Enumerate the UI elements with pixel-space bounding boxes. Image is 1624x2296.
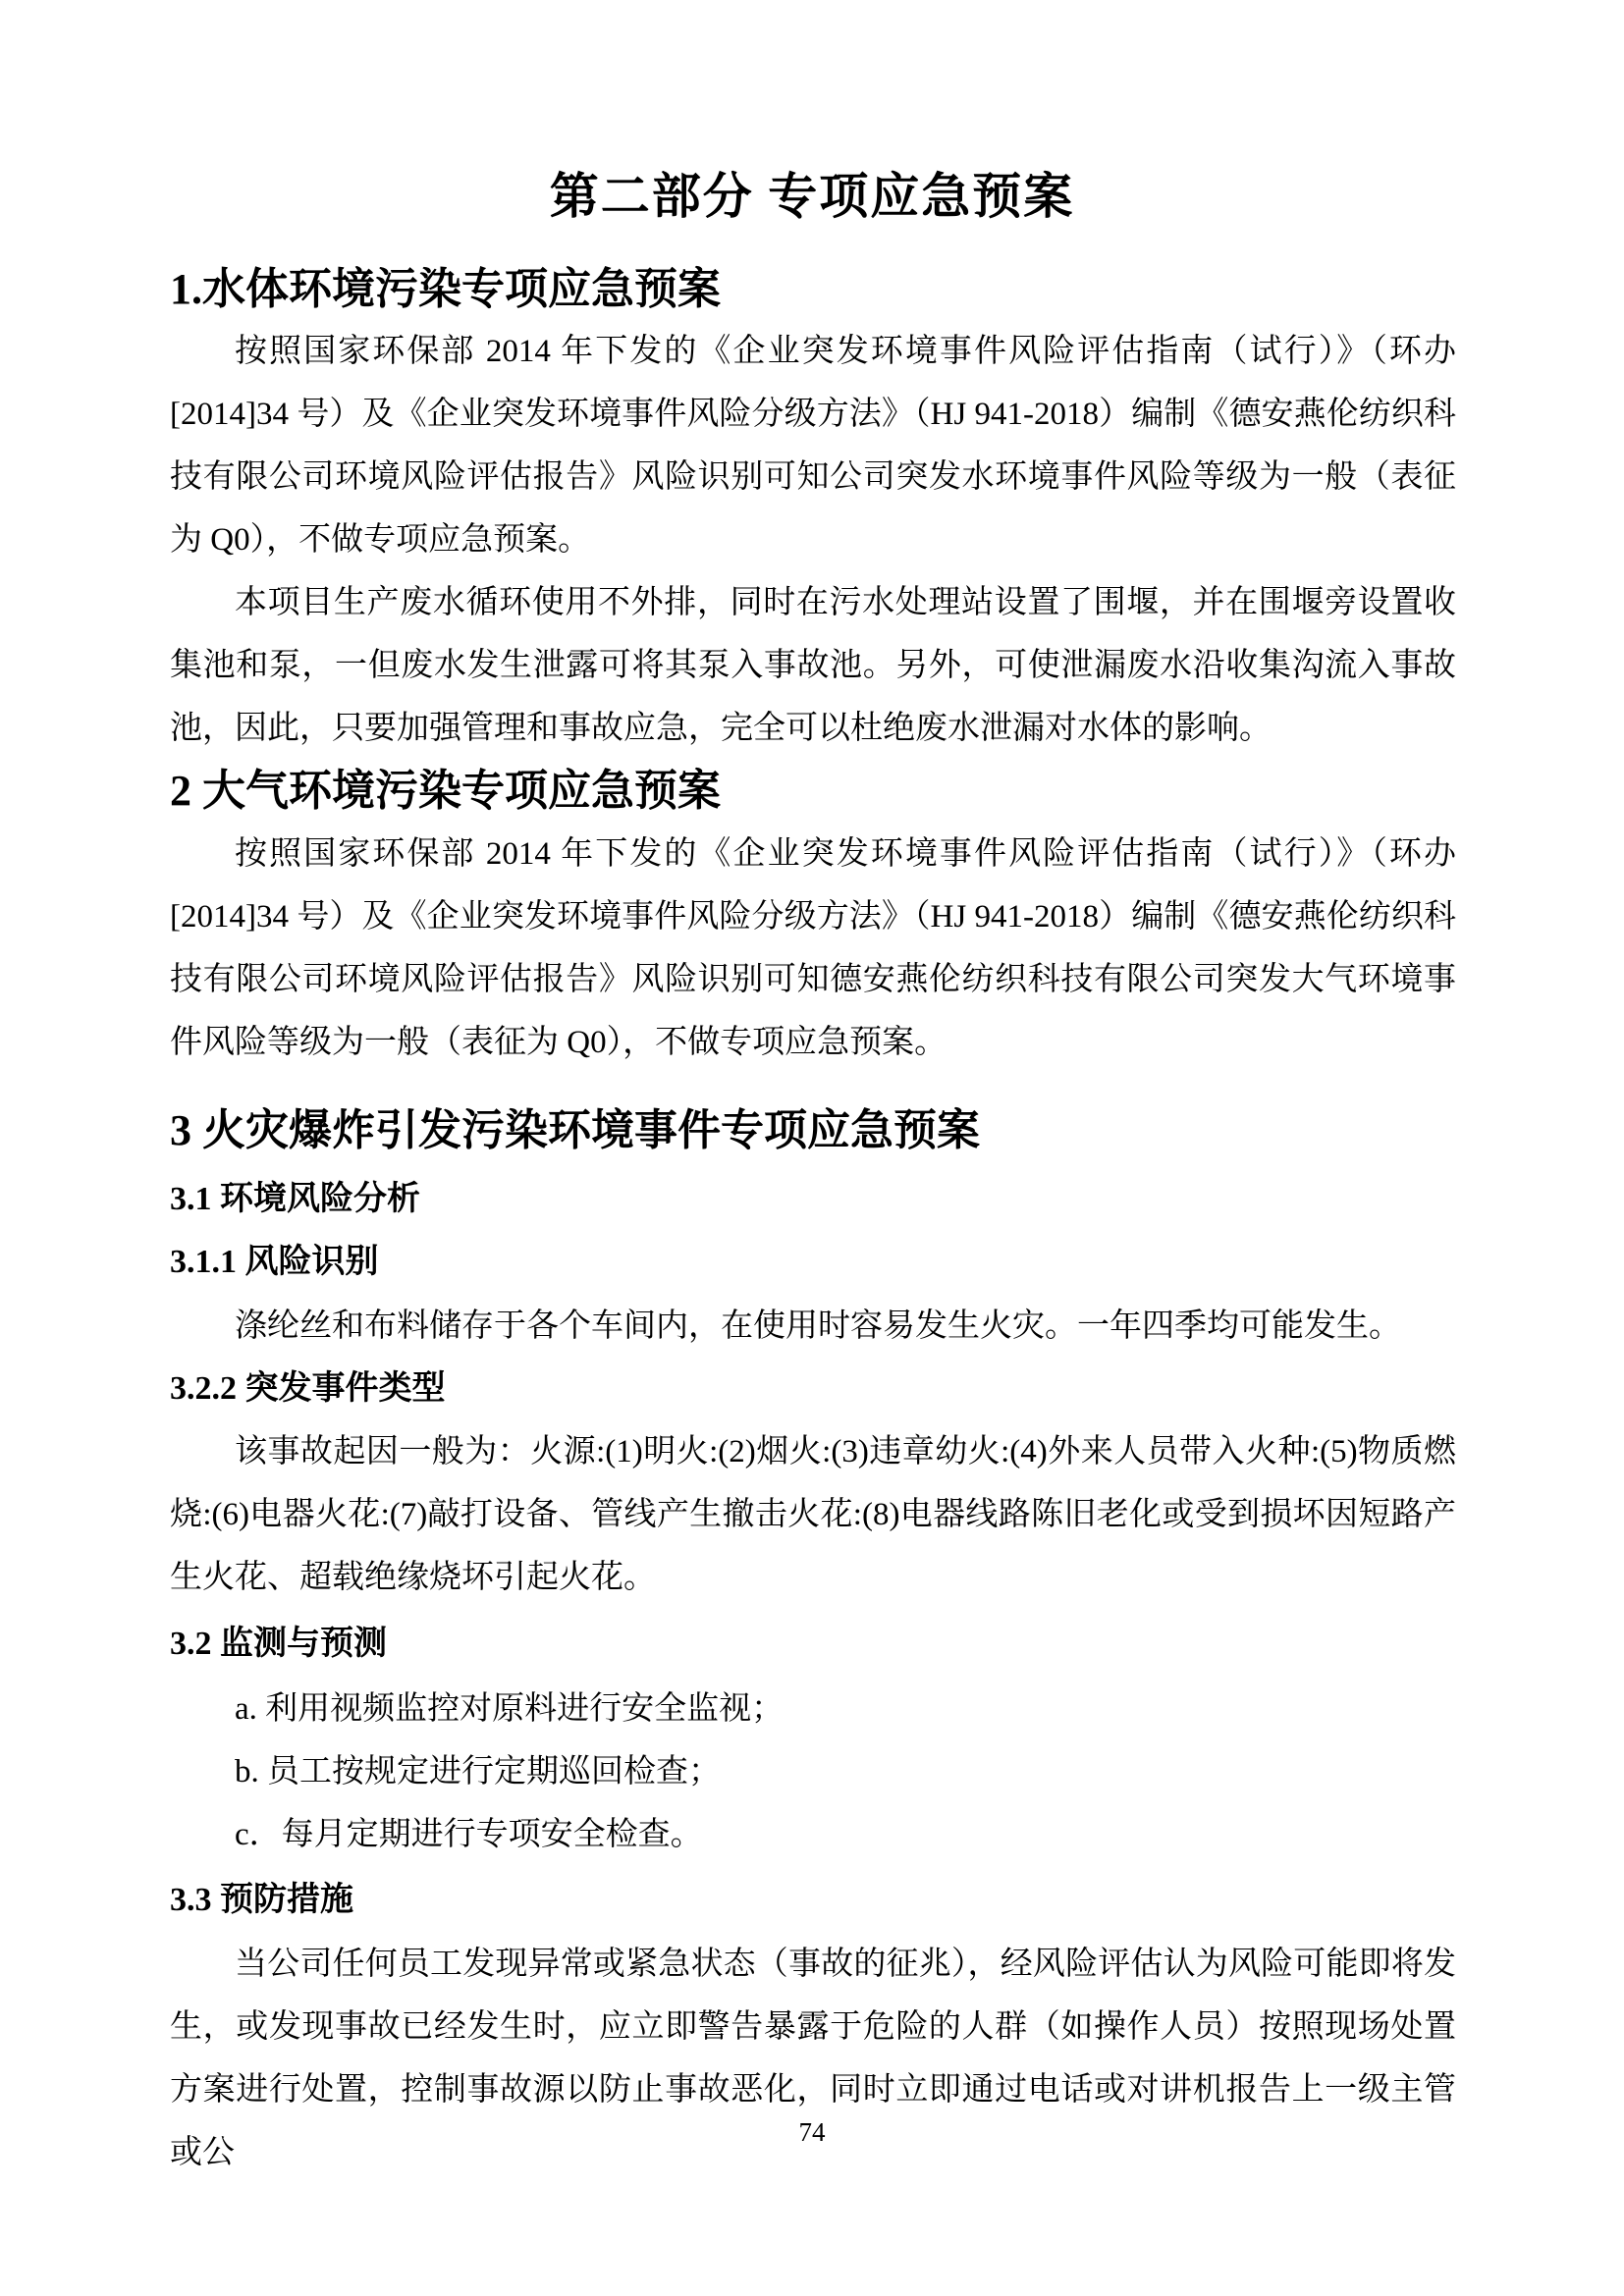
paragraph-incident-causes: 该事故起因一般为：火源:(1)明火:(2)烟火:(3)违章幼火:(4)外来人员带… bbox=[170, 1420, 1456, 1609]
list-item-b: b. 员工按规定进行定期巡回检查； bbox=[170, 1740, 1456, 1803]
subsection-heading-risk-identification: 3.1.1 风险识别 bbox=[170, 1231, 1456, 1294]
subsection-heading-incident-types: 3.2.2 突发事件类型 bbox=[170, 1358, 1456, 1420]
list-item-c: c．每月定期进行专项安全检查。 bbox=[170, 1803, 1456, 1866]
paragraph-water-risk-assessment: 按照国家环保部 2014 年下发的《企业突发环境事件风险评估指南（试行）》（环办… bbox=[170, 320, 1456, 571]
subsection-heading-prevention-measures: 3.3 预防措施 bbox=[170, 1869, 1456, 1932]
section-heading-air-pollution: 2 大气环境污染专项应急预案 bbox=[170, 760, 1456, 823]
page-number: 74 bbox=[0, 2115, 1624, 2149]
section-heading-fire-explosion: 3 火灾爆炸引发污染环境事件专项应急预案 bbox=[170, 1099, 1456, 1162]
document-page: 第二部分 专项应急预案 1.水体环境污染专项应急预案 按照国家环保部 2014 … bbox=[0, 0, 1624, 2296]
subsection-heading-monitoring-prediction: 3.2 监测与预测 bbox=[170, 1613, 1456, 1676]
section-heading-water-pollution: 1.水体环境污染专项应急预案 bbox=[170, 258, 1456, 321]
paragraph-wastewater-measures: 本项目生产废水循环使用不外排，同时在污水处理站设置了围堰，并在围堰旁设置收集池和… bbox=[170, 571, 1456, 760]
document-title: 第二部分 专项应急预案 bbox=[0, 165, 1624, 228]
paragraph-air-risk-assessment: 按照国家环保部 2014 年下发的《企业突发环境事件风险评估指南（试行）》（环办… bbox=[170, 823, 1456, 1074]
subsection-heading-risk-analysis: 3.1 环境风险分析 bbox=[170, 1168, 1456, 1231]
list-item-a: a. 利用视频监控对原料进行安全监视； bbox=[170, 1678, 1456, 1740]
paragraph-fire-risk: 涤纶丝和布料储存于各个车间内，在使用时容易发生火灾。一年四季均可能发生。 bbox=[170, 1295, 1456, 1358]
